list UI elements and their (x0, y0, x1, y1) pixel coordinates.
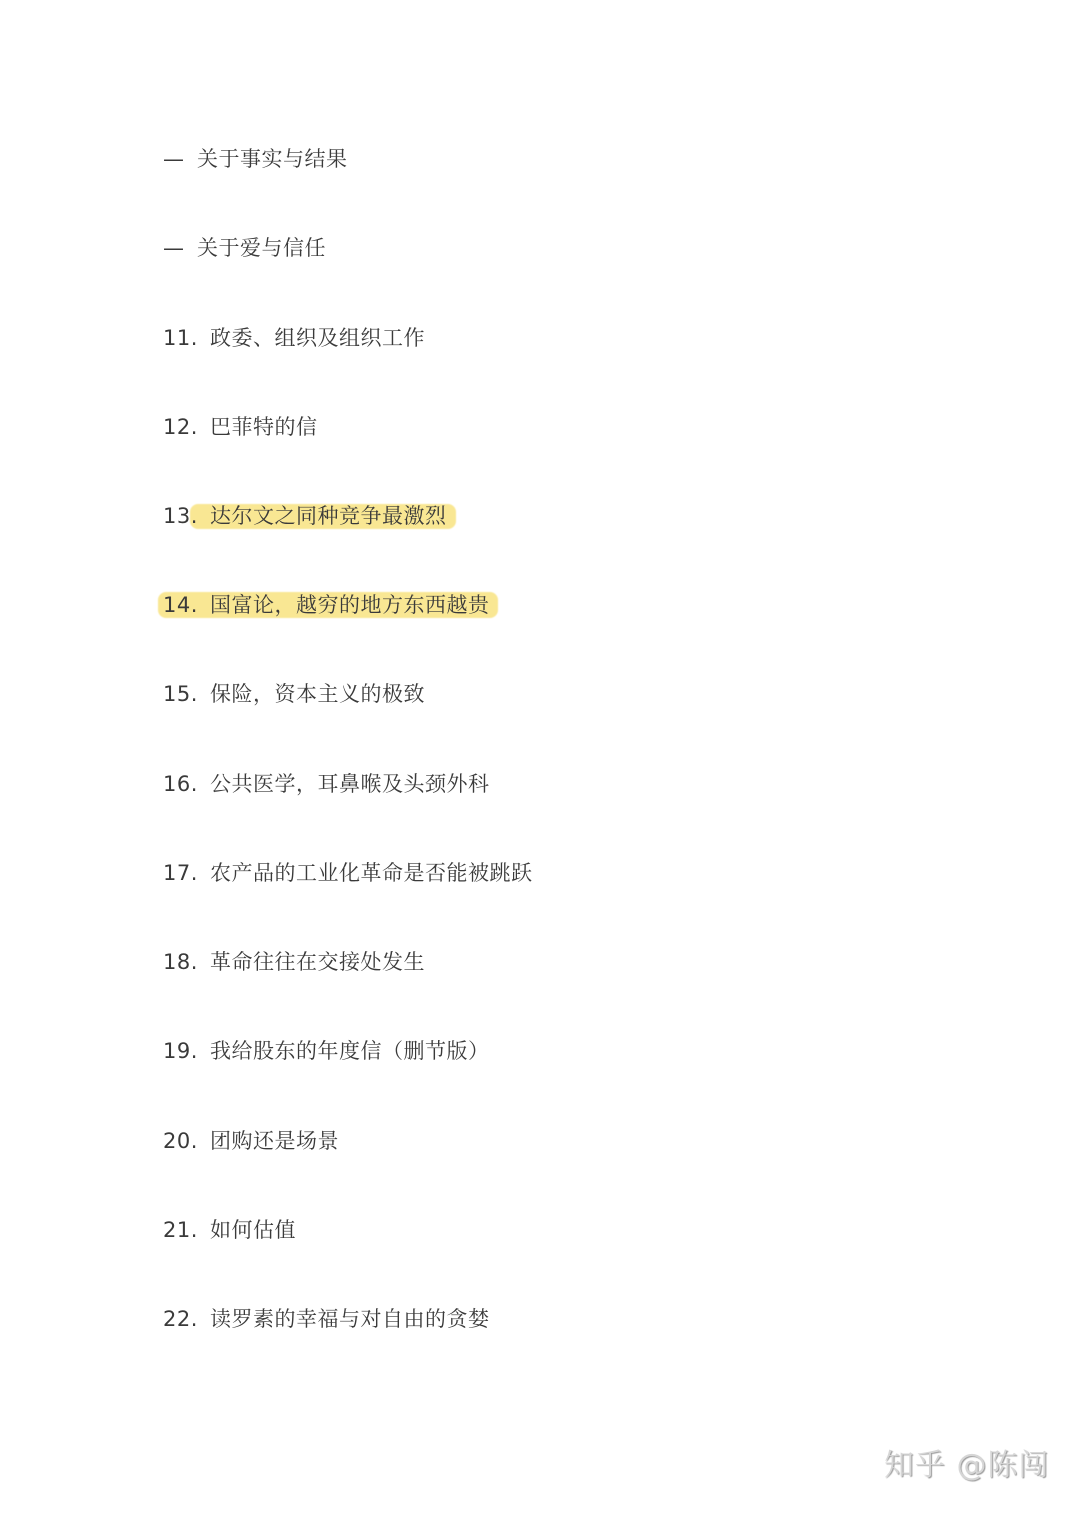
toc-label: 我给股东的年度信（删节版） (210, 1039, 490, 1063)
toc-item-20: 20.团购还是场景 (163, 1126, 339, 1156)
toc-item-19: 19.我给股东的年度信（删节版） (163, 1036, 490, 1066)
toc-label: 保险，资本主义的极致 (210, 682, 425, 706)
toc-item-17: 17.农产品的工业化革命是否能被跳跃 (163, 858, 533, 888)
toc-label: 达尔文之同种竞争最激烈 (210, 504, 447, 528)
item-number: 17. (163, 858, 210, 888)
toc-item-11: 11.政委、组织及组织工作 (163, 323, 425, 353)
toc-section-love-trust: —关于爱与信任 (163, 233, 326, 263)
toc-label: 国富论，越穷的地方东西越贵 (210, 593, 490, 617)
toc-label: 农产品的工业化革命是否能被跳跃 (210, 861, 533, 885)
item-number: 16. (163, 769, 210, 799)
toc-section-facts-results: —关于事实与结果 (163, 144, 348, 174)
zhihu-watermark: 知乎 @陈闯 (884, 1440, 1050, 1484)
toc-label: 公共医学，耳鼻喉及头颈外科 (210, 772, 490, 796)
item-number: 22. (163, 1304, 210, 1334)
toc-label: 关于爱与信任 (197, 236, 326, 260)
toc-item-14: 14.国富论，越穷的地方东西越贵 (163, 590, 490, 620)
item-number: 18. (163, 947, 210, 977)
item-number: 19. (163, 1036, 210, 1066)
item-number: 21. (163, 1215, 210, 1245)
toc-item-13: 13.达尔文之同种竞争最激烈 (163, 501, 447, 531)
item-number: 20. (163, 1126, 210, 1156)
item-number: 11. (163, 323, 210, 353)
toc-item-15: 15.保险，资本主义的极致 (163, 679, 425, 709)
toc-label: 巴菲特的信 (210, 415, 318, 439)
toc-item-21: 21.如何估值 (163, 1215, 296, 1245)
dash-marker: — (163, 144, 197, 174)
toc-item-18: 18.革命往往在交接处发生 (163, 947, 425, 977)
toc-label: 政委、组织及组织工作 (210, 326, 425, 350)
item-number: 13. (163, 501, 210, 531)
toc-item-12: 12.巴菲特的信 (163, 412, 318, 442)
toc-item-16: 16.公共医学，耳鼻喉及头颈外科 (163, 769, 490, 799)
toc-label: 关于事实与结果 (197, 147, 348, 171)
toc-label: 革命往往在交接处发生 (210, 950, 425, 974)
toc-label: 如何估值 (210, 1218, 296, 1242)
item-number: 14. (163, 590, 210, 620)
toc-label: 团购还是场景 (210, 1129, 339, 1153)
dash-marker: — (163, 233, 197, 263)
toc-item-22: 22.读罗素的幸福与对自由的贪婪 (163, 1304, 490, 1334)
item-number: 15. (163, 679, 210, 709)
item-number: 12. (163, 412, 210, 442)
toc-label: 读罗素的幸福与对自由的贪婪 (210, 1307, 490, 1331)
